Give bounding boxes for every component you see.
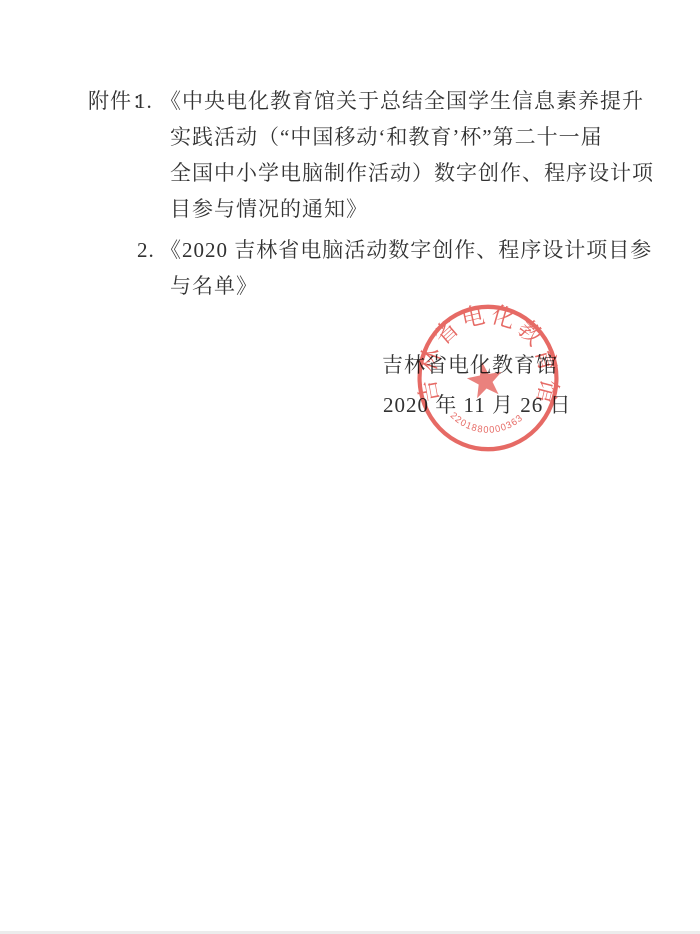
- official-seal-graphic: 吉林省电化教育馆 2201880000363: [414, 301, 562, 455]
- scanned-document-page: 附件： 1. 《中央电化教育馆关于总结全国学生信息素养提升 实践活动（“中国移动…: [0, 0, 700, 934]
- attachment-1-title-line: 《中央电化教育馆关于总结全国学生信息素养提升: [160, 88, 644, 114]
- attachment-2-number: 2.: [137, 237, 155, 263]
- attachment-1-number: 1.: [135, 88, 153, 114]
- official-seal-stamp: 吉林省电化教育馆 2201880000363: [414, 301, 562, 455]
- signature-organization: 吉林省电化教育馆: [382, 352, 558, 378]
- signature-date: 2020 年 11 月 26 日: [383, 392, 571, 418]
- attachment-2-title-line: 《2020 吉林省电脑活动数字创作、程序设计项目参: [160, 237, 652, 263]
- attachment-1-title-line: 实践活动（“中国移动‘和教育’杯”第二十一届: [170, 124, 603, 150]
- attachment-1-title-line: 全国中小学电脑制作活动）数字创作、程序设计项: [170, 160, 654, 186]
- attachment-1-title-line: 目参与情况的通知》: [170, 196, 368, 222]
- seal-ring: [420, 307, 557, 449]
- attachment-2-title-line: 与名单》: [170, 273, 258, 299]
